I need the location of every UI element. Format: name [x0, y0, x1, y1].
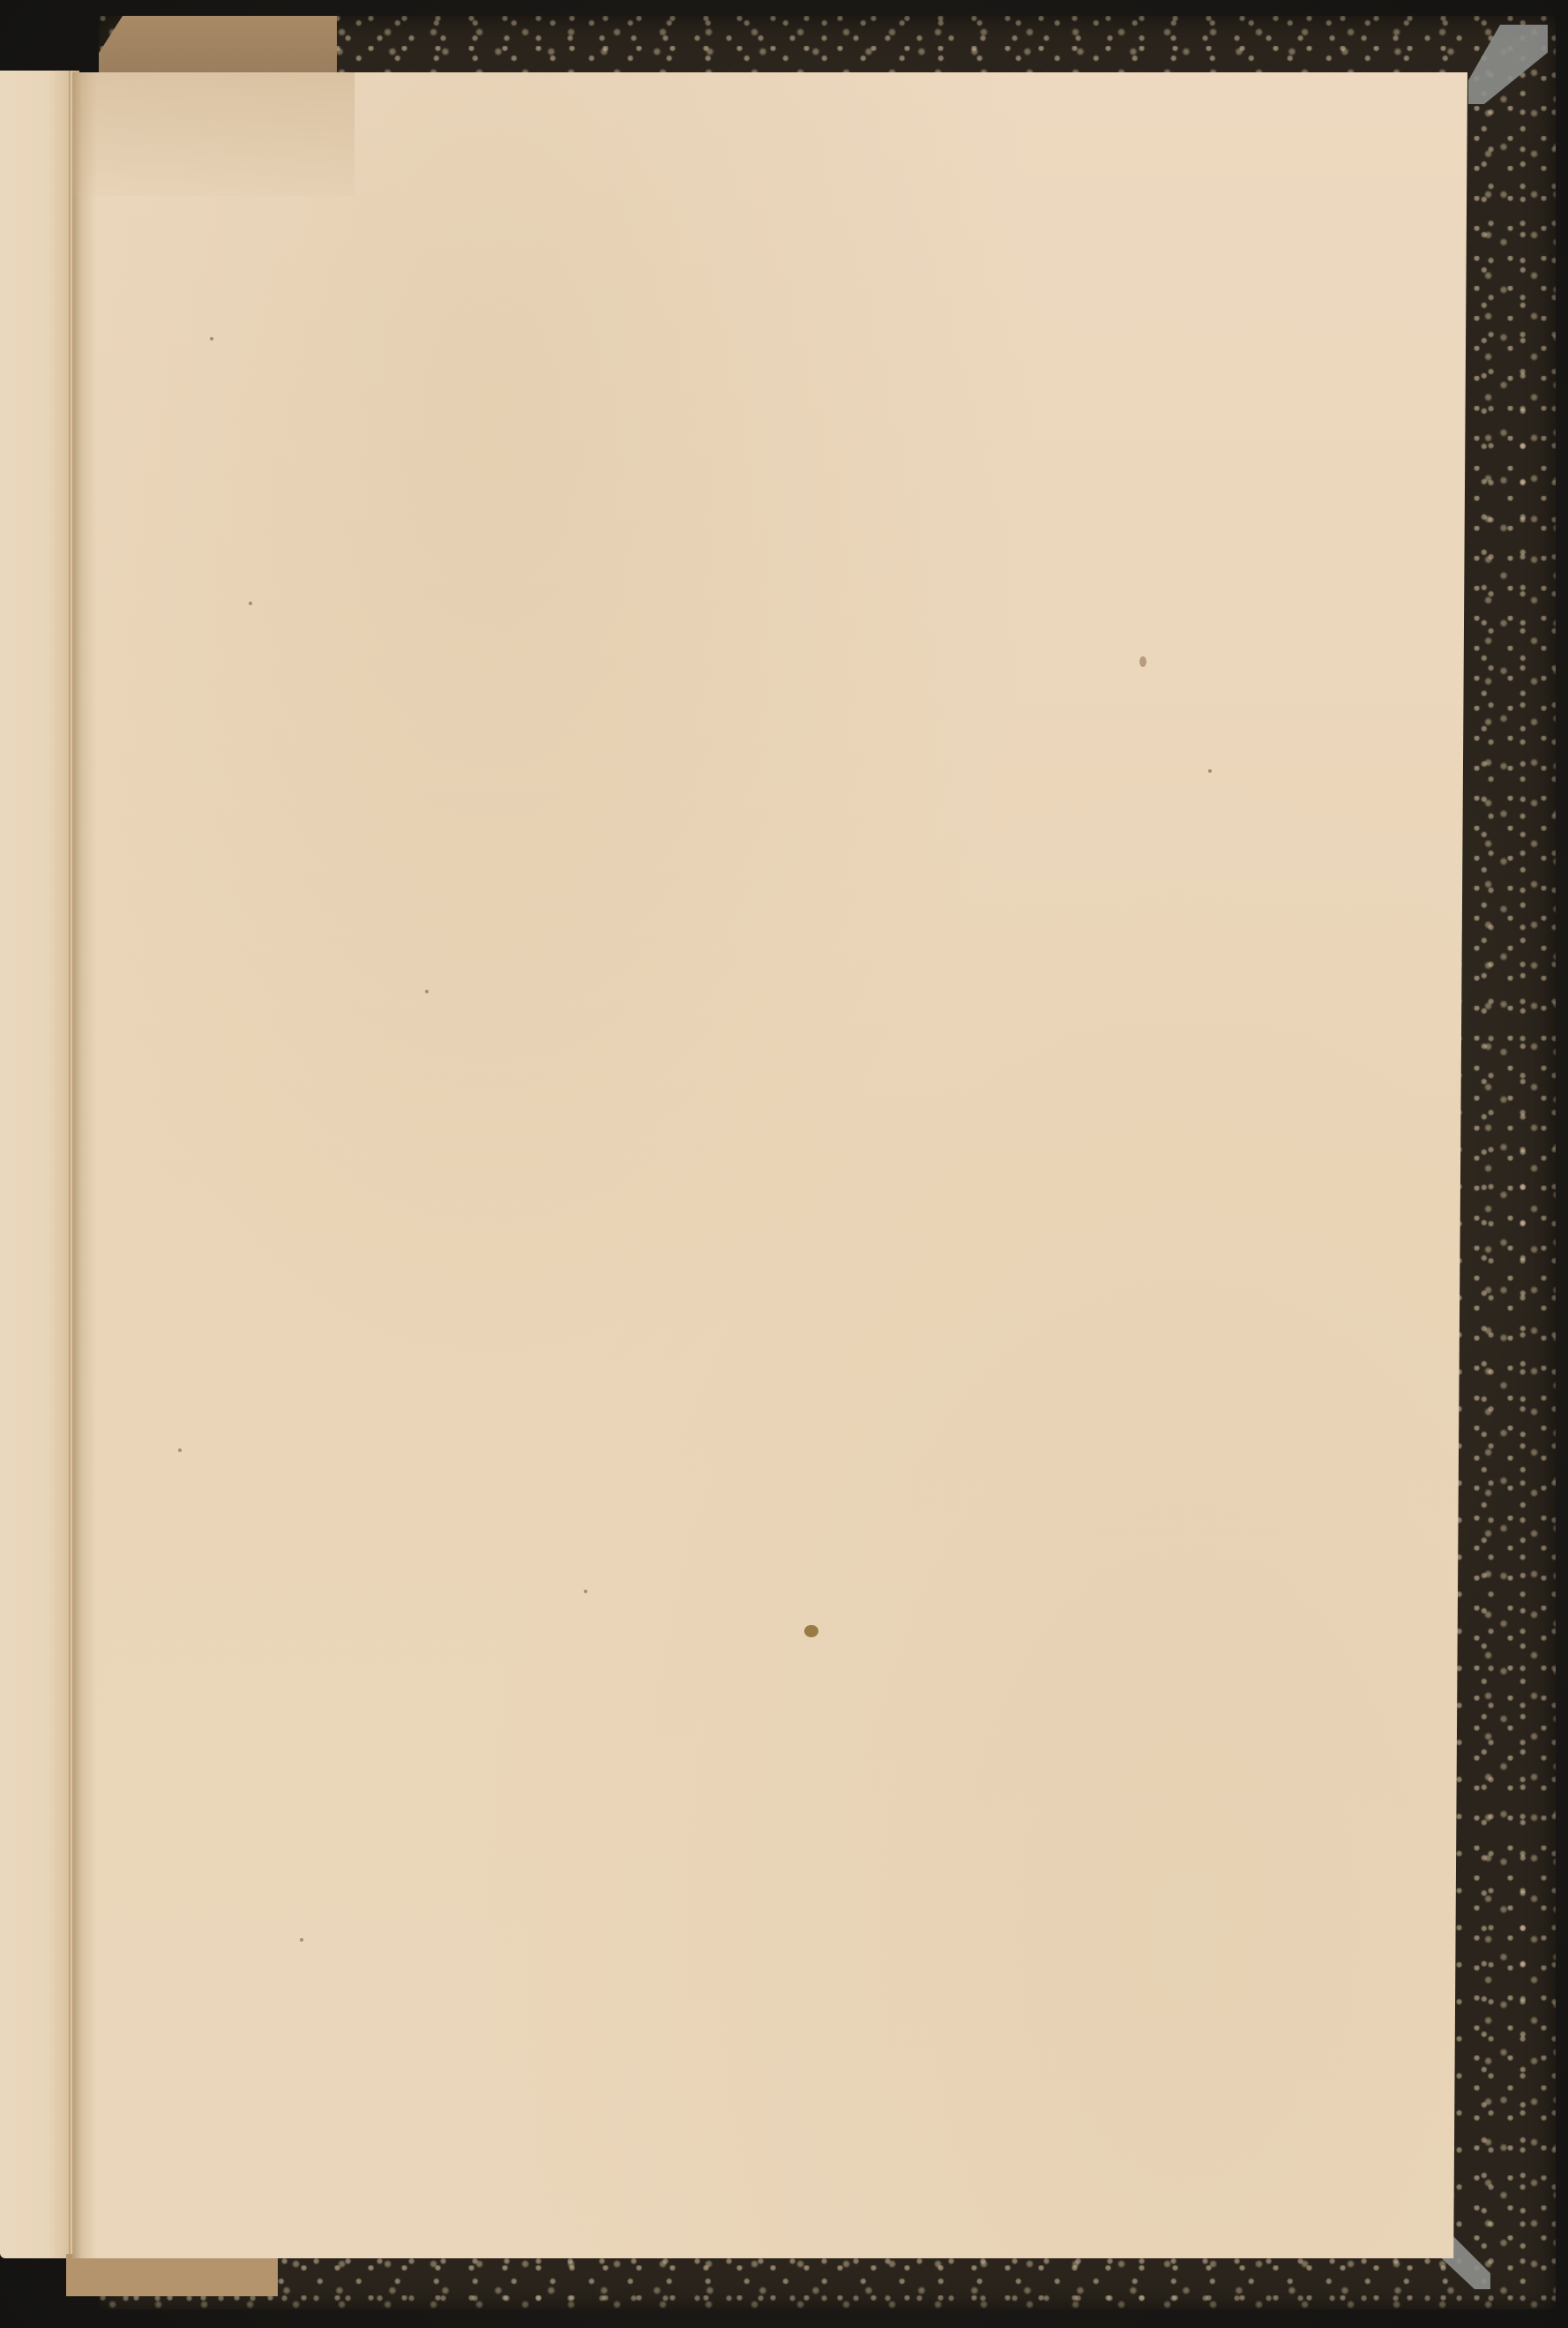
page-gutter: [72, 72, 97, 2258]
paper-speck: [1208, 769, 1212, 773]
paper-speck: [249, 602, 252, 605]
paper-speck: [300, 1938, 303, 1942]
paper-speck: [425, 990, 429, 993]
blank-endpaper: [72, 72, 1467, 2258]
foxing-stain: [72, 72, 355, 196]
worn-spine-tape-top: [99, 16, 337, 78]
paper-speck: [210, 337, 213, 341]
paper-speck: [804, 1625, 818, 1637]
facing-page-edge: [0, 71, 79, 2258]
paper-speck: [1139, 656, 1146, 667]
paper-speck: [584, 1590, 587, 1593]
page-fold: [69, 71, 72, 2258]
worn-spine-tape-bottom: [66, 2254, 278, 2296]
paper-speck: [178, 1448, 182, 1452]
